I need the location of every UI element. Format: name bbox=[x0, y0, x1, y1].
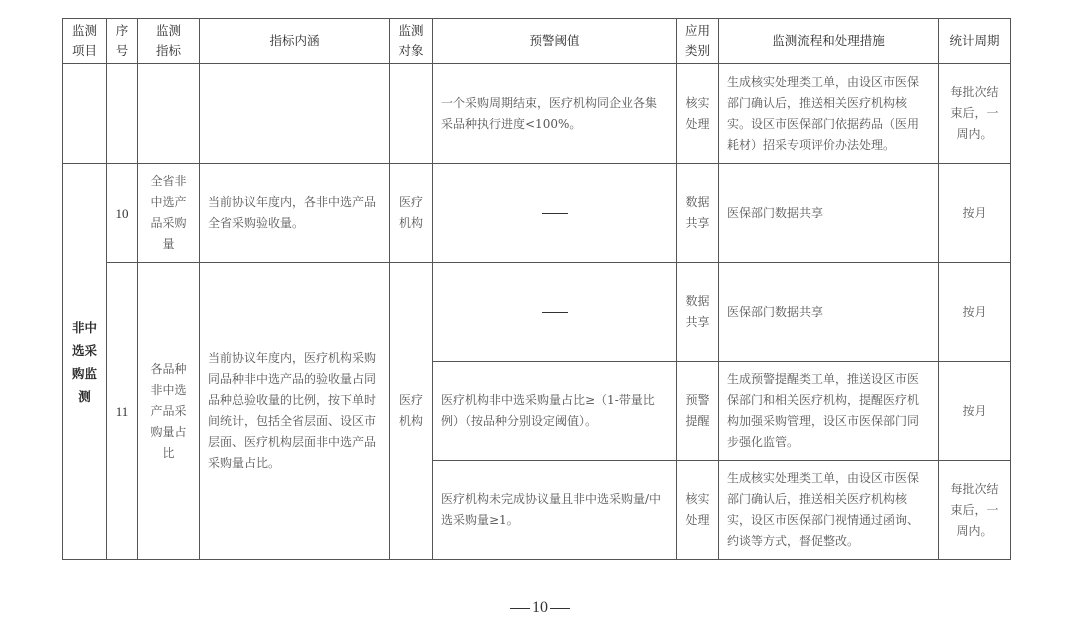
cell-serial-no: 11 bbox=[107, 263, 138, 560]
cell-serial-no: 10 bbox=[107, 164, 138, 263]
dash-mark bbox=[542, 312, 568, 313]
table-row-item-10: 非中选采购监测 10 全省非中选产品采购量 当前协议年度内，各非中选产品全省采购… bbox=[63, 164, 1011, 263]
table-row-continued: 一个采购周期结束，医疗机构同企业各集采品种执行进度<100%。 核实处理 生成核… bbox=[63, 64, 1011, 164]
cell-indicator: 各品种非中选产品采购量占比 bbox=[138, 263, 200, 560]
cell-empty bbox=[200, 64, 390, 164]
cell-period: 按月 bbox=[939, 164, 1011, 263]
header-serial-no: 序号 bbox=[107, 19, 138, 64]
cell-target: 医疗机构 bbox=[390, 263, 433, 560]
header-threshold: 预警阈值 bbox=[433, 19, 677, 64]
monitoring-table: 监测项目 序号 监测指标 指标内涵 监测对象 预警阈值 应用类别 监测流程和处理… bbox=[62, 18, 1011, 560]
cell-threshold: 一个采购周期结束，医疗机构同企业各集采品种执行进度<100%。 bbox=[433, 64, 677, 164]
cell-threshold-none bbox=[433, 164, 677, 263]
cell-threshold: 医疗机构非中选采购量占比≥（1-带量比例）（按品种分别设定阈值）。 bbox=[433, 362, 677, 461]
header-indicator: 监测指标 bbox=[138, 19, 200, 64]
cell-threshold-none bbox=[433, 263, 677, 362]
cell-period: 按月 bbox=[939, 263, 1011, 362]
cell-category: 核实处理 bbox=[677, 461, 719, 560]
dash-right bbox=[550, 608, 570, 609]
dash-mark bbox=[542, 213, 568, 214]
cell-period: 每批次结束后，一周内。 bbox=[939, 64, 1011, 164]
cell-period: 按月 bbox=[939, 362, 1011, 461]
cell-indicator: 全省非中选产品采购量 bbox=[138, 164, 200, 263]
header-category: 应用类别 bbox=[677, 19, 719, 64]
cell-process: 生成预警提醒类工单，推送设区市医保部门和相关医疗机构，提醒医疗机构加强采购管理，… bbox=[719, 362, 939, 461]
group-label: 非中选采购监测 bbox=[63, 164, 107, 560]
cell-category: 预警提醒 bbox=[677, 362, 719, 461]
header-connotation: 指标内涵 bbox=[200, 19, 390, 64]
cell-threshold: 医疗机构未完成协议量且非中选采购量/中选采购量≥1。 bbox=[433, 461, 677, 560]
cell-empty bbox=[63, 64, 107, 164]
cell-connotation: 当前协议年度内，医疗机构采购同品种非中选产品的验收量占同品种总验收量的比例，按下… bbox=[200, 263, 390, 560]
cell-category: 数据共享 bbox=[677, 164, 719, 263]
cell-process: 医保部门数据共享 bbox=[719, 263, 939, 362]
cell-empty bbox=[107, 64, 138, 164]
cell-process: 医保部门数据共享 bbox=[719, 164, 939, 263]
cell-category: 核实处理 bbox=[677, 64, 719, 164]
header-target: 监测对象 bbox=[390, 19, 433, 64]
cell-category: 数据共享 bbox=[677, 263, 719, 362]
header-monitoring-item: 监测项目 bbox=[63, 19, 107, 64]
cell-period: 每批次结束后，一周内。 bbox=[939, 461, 1011, 560]
cell-target: 医疗机构 bbox=[390, 164, 433, 263]
cell-empty bbox=[138, 64, 200, 164]
header-row: 监测项目 序号 监测指标 指标内涵 监测对象 预警阈值 应用类别 监测流程和处理… bbox=[63, 19, 1011, 64]
cell-process: 生成核实处理类工单，由设区市医保部门确认后，推送相关医疗机构核实，设区市医保部门… bbox=[719, 461, 939, 560]
page-number: 10 bbox=[0, 599, 1080, 617]
cell-connotation: 当前协议年度内，各非中选产品全省采购验收量。 bbox=[200, 164, 390, 263]
header-process: 监测流程和处理措施 bbox=[719, 19, 939, 64]
cell-process: 生成核实处理类工单，由设区市医保部门确认后，推送相关医疗机构核实。设区市医保部门… bbox=[719, 64, 939, 164]
table-row-item-11-rule-1: 11 各品种非中选产品采购量占比 当前协议年度内，医疗机构采购同品种非中选产品的… bbox=[63, 263, 1011, 362]
cell-empty bbox=[390, 64, 433, 164]
dash-left bbox=[510, 608, 530, 609]
header-period: 统计周期 bbox=[939, 19, 1011, 64]
